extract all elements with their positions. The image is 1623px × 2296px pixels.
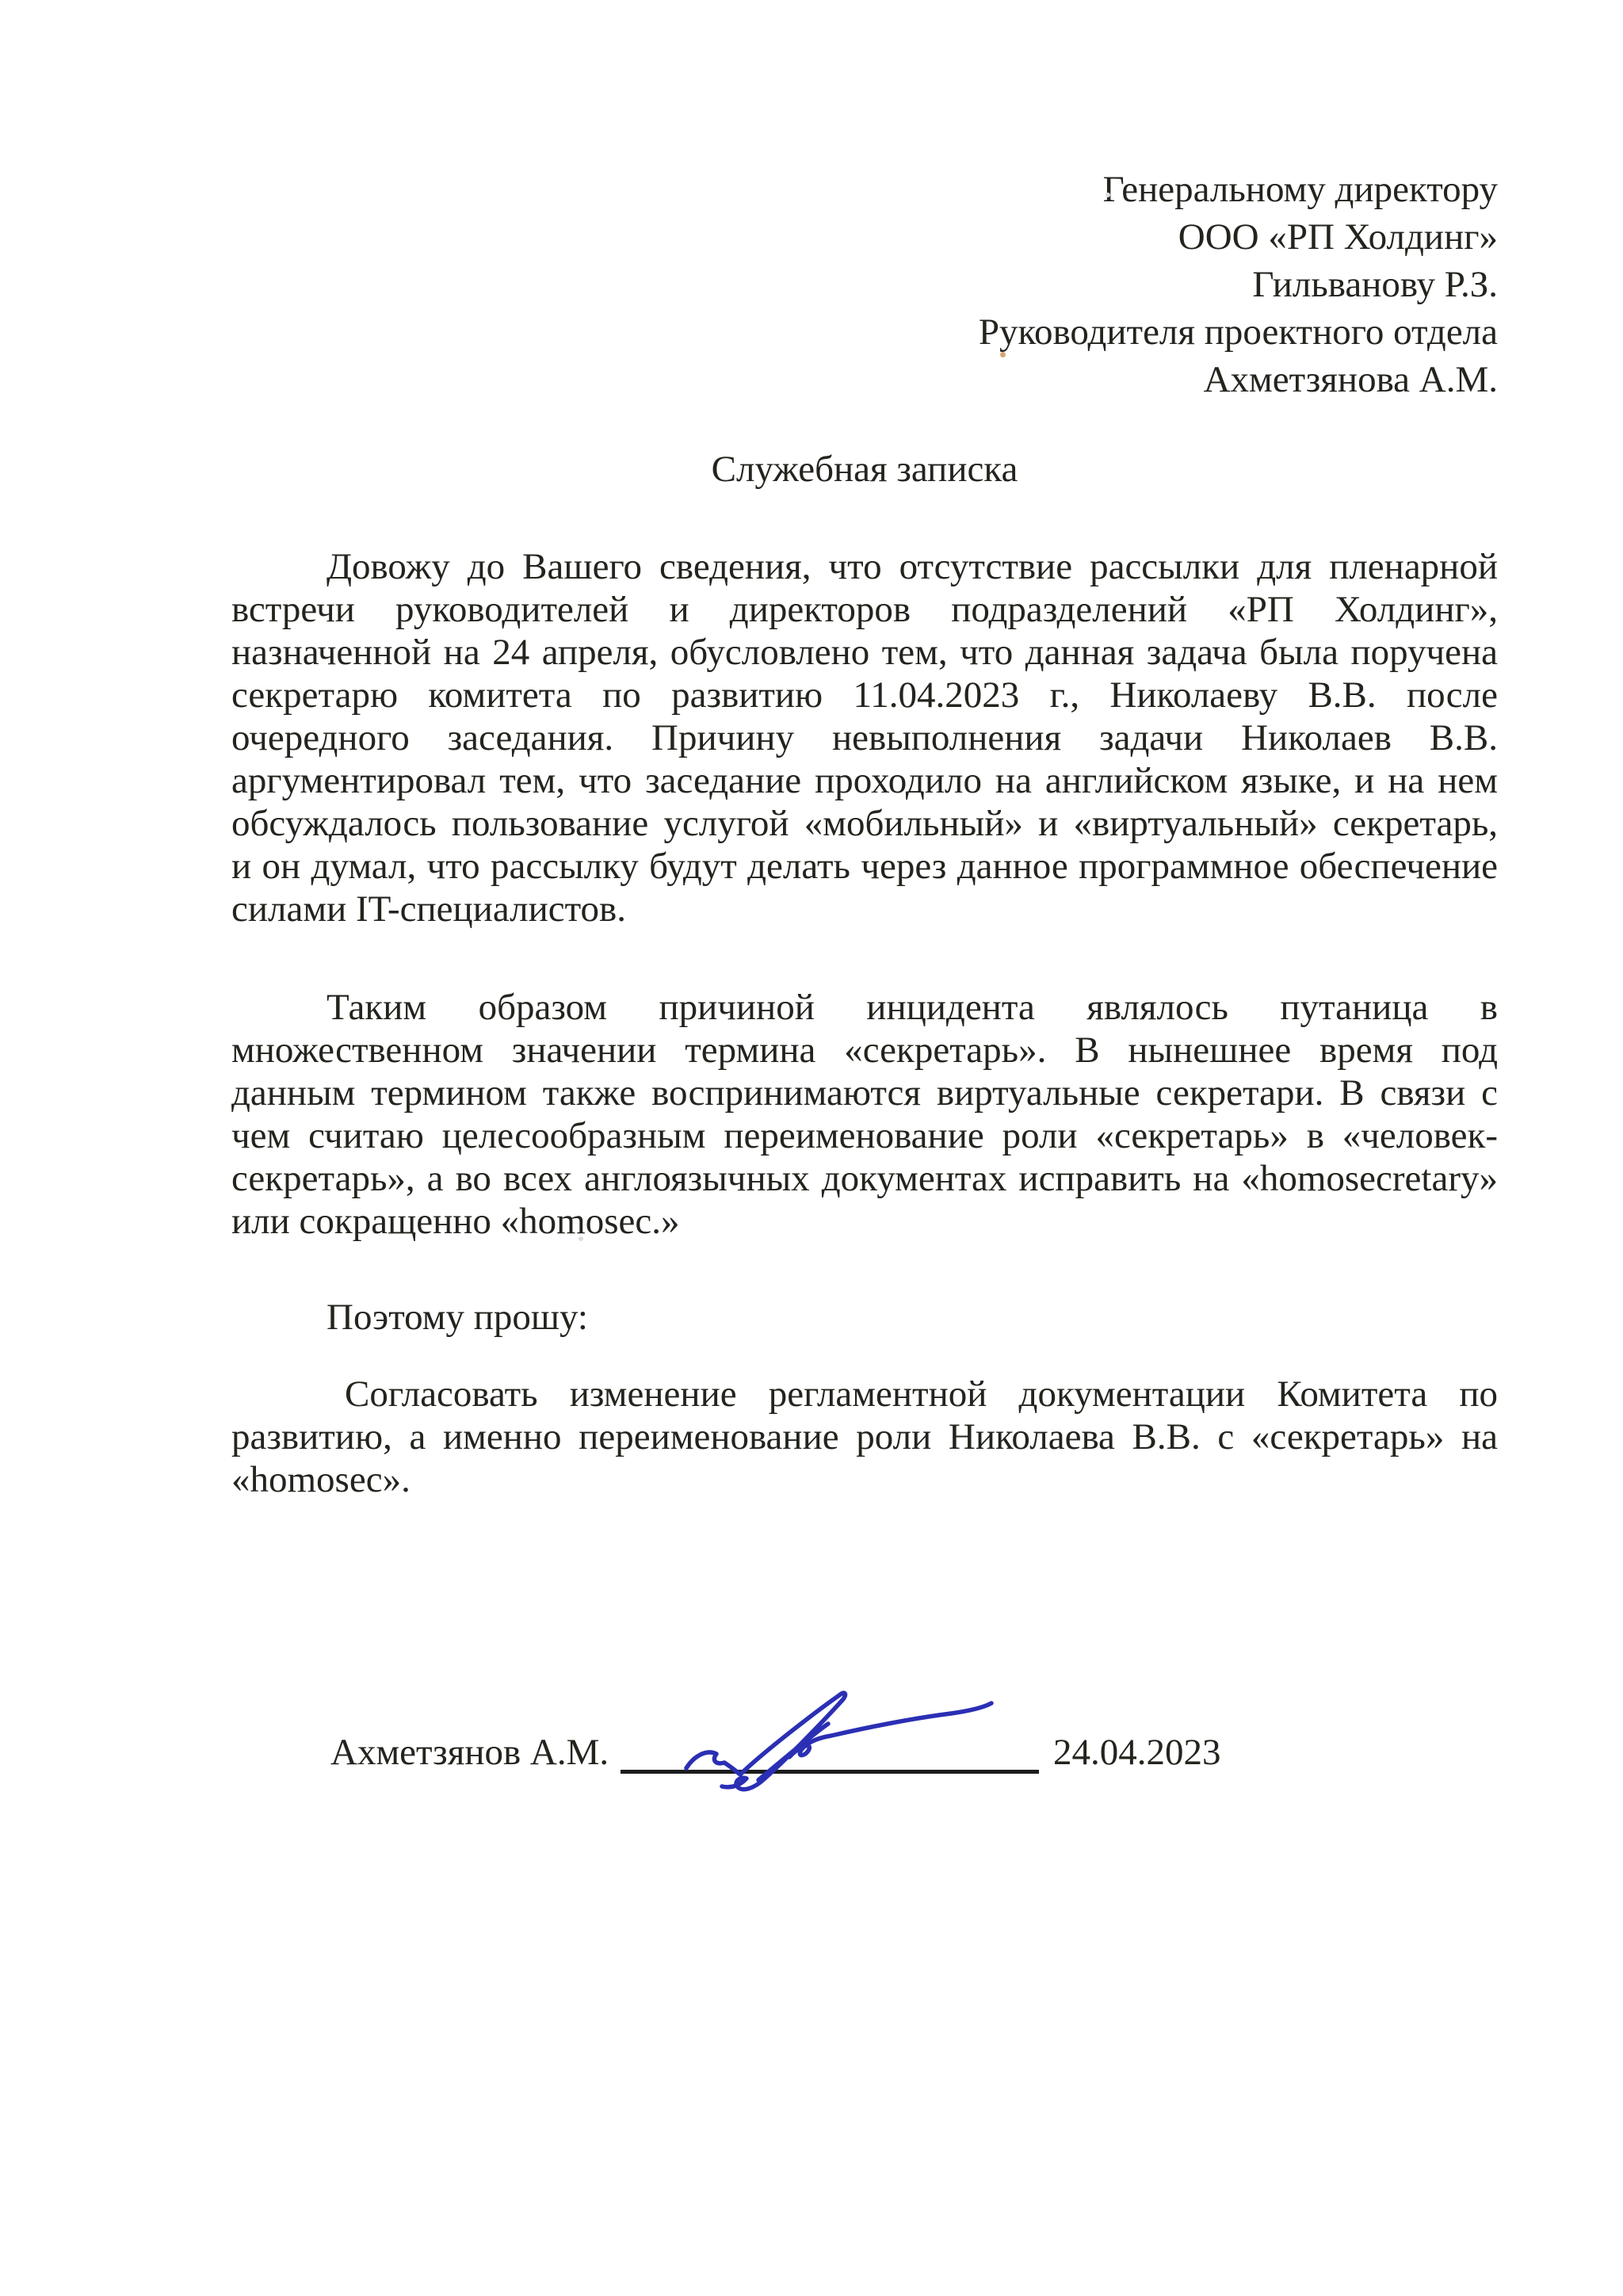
memo-body-line: силами IT-специалистов. (231, 888, 1498, 930)
recipient-line: ООО «РП Холдинг» (231, 213, 1498, 261)
memo-body-line: данным термином также воспринимаются вир… (231, 1072, 1498, 1114)
memo-body-line: Согласовать изменение регламентной докум… (231, 1373, 1498, 1415)
signatory-name: Ахметзянов А.М. (330, 1731, 609, 1774)
memo-body-line: Довожу до Вашего сведения, что отсутстви… (231, 545, 1498, 588)
memo-body-line: и он думал, что рассылку будут делать че… (231, 845, 1498, 888)
memo-paragraph-2: Таким образом причиной инцидента являлос… (231, 986, 1498, 1243)
memo-paragraph-1: Довожу до Вашего сведения, что отсутстви… (231, 545, 1498, 930)
scan-speck (1000, 352, 1006, 357)
signature-date: 24.04.2023 (1053, 1731, 1221, 1774)
memo-body-line: развитию, а именно переименование роли Н… (231, 1415, 1498, 1458)
scan-speck (1106, 193, 1110, 197)
recipient-line: Гильванову Р.З. (231, 261, 1498, 308)
memo-body-line: секретарь», а во всех англоязычных докум… (231, 1157, 1498, 1200)
memo-body-line: «homosec». (231, 1458, 1498, 1501)
memo-body-line: встречи руководителей и директоров подра… (231, 588, 1498, 631)
memo-paragraph-3: Поэтому прошу: (231, 1296, 1498, 1339)
recipient-line: Генеральному директору (231, 166, 1498, 213)
memo-body-line: чем считаю целесообразным переименование… (231, 1114, 1498, 1157)
scan-speck (579, 1236, 583, 1241)
recipient-block: Генеральному директору ООО «РП Холдинг» … (231, 166, 1498, 403)
memo-body-line: Таким образом причиной инцидента являлос… (231, 986, 1498, 1029)
memo-body-line: очередного заседания. Причину невыполнен… (231, 716, 1498, 759)
memo-body-line: аргументировал тем, что заседание проход… (231, 759, 1498, 802)
memo-body-line: или сокращенно «homosec.» (231, 1200, 1498, 1243)
recipient-line: Ахметзянова А.М. (231, 356, 1498, 403)
memo-page: Генеральному директору ООО «РП Холдинг» … (0, 0, 1623, 2296)
memo-body-line: секретарю комитета по развитию 11.04.202… (231, 674, 1498, 716)
memo-body-line: Поэтому прошу: (231, 1296, 1498, 1339)
memo-body-line: назначенной на 24 апреля, обусловлено те… (231, 631, 1498, 674)
memo-body-line: обсуждалось пользование услугой «мобильн… (231, 802, 1498, 845)
recipient-line: Руководителя проектного отдела (231, 308, 1498, 356)
memo-body-line: множественном значении термина «секретар… (231, 1029, 1498, 1072)
memo-paragraph-4: Согласовать изменение регламентной докум… (231, 1373, 1498, 1501)
memo-title: Служебная записка (231, 448, 1498, 491)
handwritten-signature (658, 1667, 1070, 1833)
